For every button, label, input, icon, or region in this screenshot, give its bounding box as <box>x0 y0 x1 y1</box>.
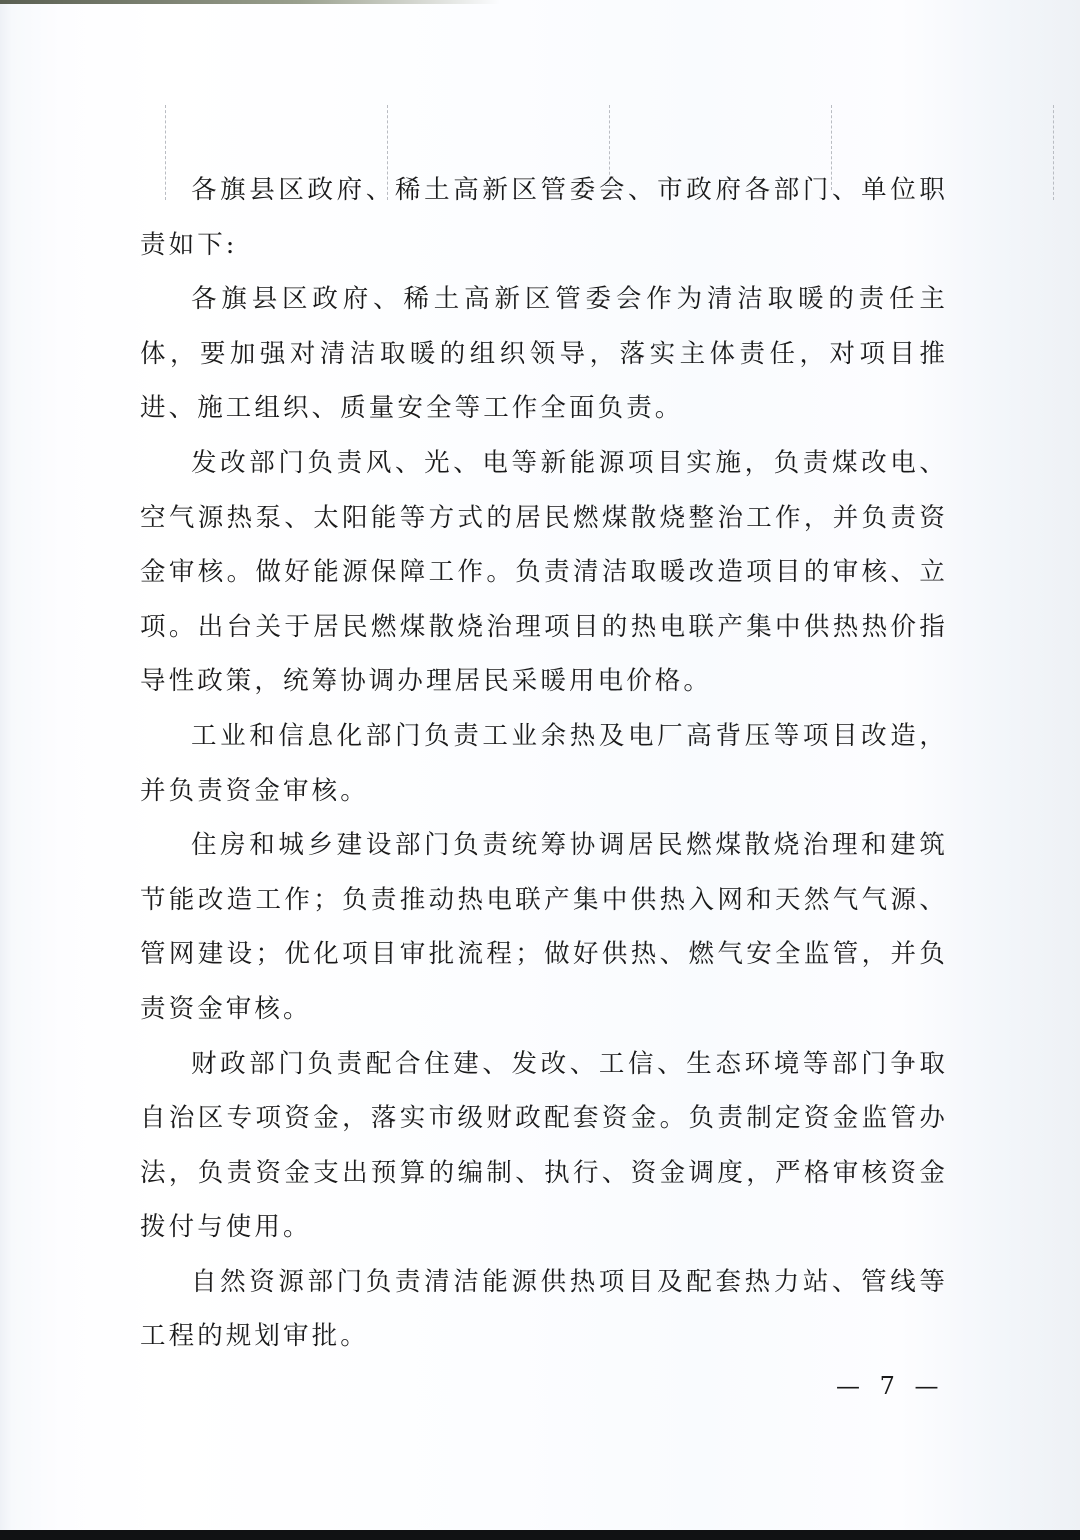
paragraph-natural-resources: 自然资源部门负责清洁能源供热项目及配套热力站、管线等工程的规划审批。 <box>140 1255 948 1364</box>
document-body: 各旗县区政府、稀土高新区管委会、市政府各部门、单位职责如下: 各旗县区政府、稀土… <box>140 163 948 1364</box>
scan-edge-shadow <box>0 0 500 4</box>
paragraph-intro: 各旗县区政府、稀土高新区管委会、市政府各部门、单位职责如下: <box>140 163 948 272</box>
binding-tick-mark <box>1053 105 1055 200</box>
page-number: — 7 — <box>836 1372 945 1400</box>
paragraph-housing-construction: 住房和城乡建设部门负责统筹协调居民燃煤散烧治理和建筑节能改造工作；负责推动热电联… <box>140 818 948 1036</box>
paragraph-county-governments: 各旗县区政府、稀土高新区管委会作为清洁取暖的责任主体，要加强对清洁取暖的组织领导… <box>140 272 948 436</box>
document-page: 各旗县区政府、稀土高新区管委会、市政府各部门、单位职责如下: 各旗县区政府、稀土… <box>0 0 1080 1530</box>
paragraph-industry-it: 工业和信息化部门负责工业余热及电厂高背压等项目改造，并负责资金审核。 <box>140 709 948 818</box>
paragraph-development-reform: 发改部门负责风、光、电等新能源项目实施，负责煤改电、空气源热泵、太阳能等方式的居… <box>140 436 948 709</box>
scan-bottom-edge <box>0 1530 1080 1540</box>
paragraph-finance: 财政部门负责配合住建、发改、工信、生态环境等部门争取自治区专项资金，落实市级财政… <box>140 1037 948 1255</box>
